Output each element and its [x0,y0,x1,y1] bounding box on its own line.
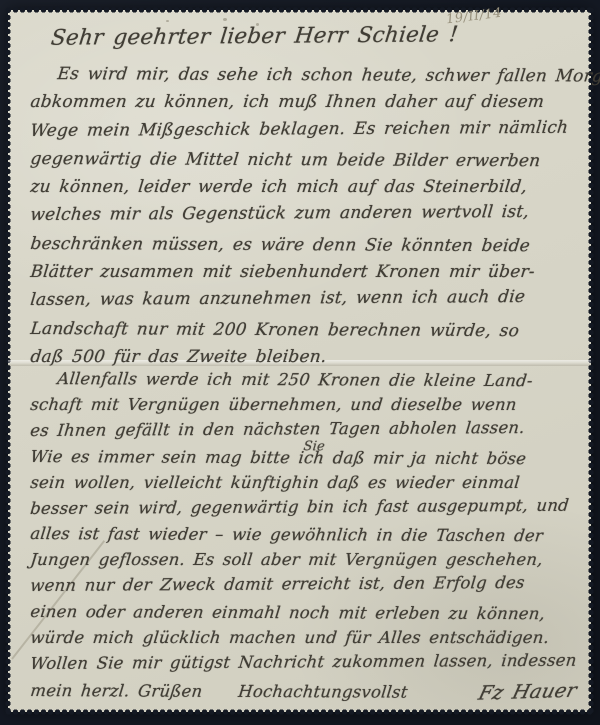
paper-speck [166,20,169,22]
scan-background: 19/II/14 Sehr geehrter lieber Herr Schie… [0,0,600,725]
letter-card: 19/II/14 Sehr geehrter lieber Herr Schie… [8,10,591,712]
paragraph-2: Allenfalls werde ich mit 250 Kronen die … [29,366,581,704]
letter-line: abkommen zu können, ich muß Ihnen daher … [29,88,584,116]
letter-line: Allenfalls werde ich mit 250 Kronen die … [29,366,584,394]
perforation-bottom-edge [5,708,594,716]
letter-line: welches mir als Gegenstück zum anderen w… [29,198,584,230]
letter-line: alles ist fast wieder – wie gewöhnlich i… [29,521,584,549]
signature: Fz Hauer [476,678,580,707]
letter-line: schaft mit Vergnügen übernehmen, und die… [29,392,584,418]
letter-line: würde mich glücklich machen und für Alle… [29,625,584,651]
letter-line: gegenwärtig die Mittel nicht um beide Bi… [29,145,584,176]
letter-line: besser sein wird, gegenwärtig bin ich fa… [29,492,584,521]
paper-speck [223,18,227,21]
letter-line: Wie es immer sein mag bitte ich daß mir … [29,444,584,472]
letter-line: Wollen Sie mir gütigst Nachricht zukomme… [29,648,584,677]
letter-line: beschränken müssen, es wäre denn Sie kön… [29,230,584,261]
letter-line-text: Wie es immer sein mag bitte ich daß mir … [29,447,527,468]
letter-line: Wege mein Mißgeschick beklagen. Es reich… [29,113,584,145]
letter-line: Es wird mir, das sehe ich schon heute, s… [29,60,584,91]
closing-formula: Hochachtungsvollst [237,679,409,706]
inserted-word: Sie [302,434,326,460]
letter-line: sein wollen, vielleicht künftighin daß e… [29,470,584,496]
letter-line: lassen, was kaum anzunehmen ist, wenn ic… [29,283,584,315]
paragraph-1: Es wird mir, das sehe ich schon heute, s… [29,60,581,371]
salutation: Sehr geehrter lieber Herr Schiele ! [6,22,502,51]
closing-line: mein herzl. Grüßen Hochachtungsvollst Fz… [29,677,584,706]
letter-line: Landschaft nur mit 200 Kronen berechnen … [29,315,584,346]
perforation-top-edge [5,6,594,14]
letter-line: Blätter zusammen mit siebenhundert Krone… [29,258,584,286]
closing-greeting: mein herzl. Grüßen [29,678,204,705]
letter-line: wenn nur der Zweck damit erreicht ist, d… [29,570,584,599]
letter-line: einen oder anderen einmahl noch mit erle… [29,599,584,627]
